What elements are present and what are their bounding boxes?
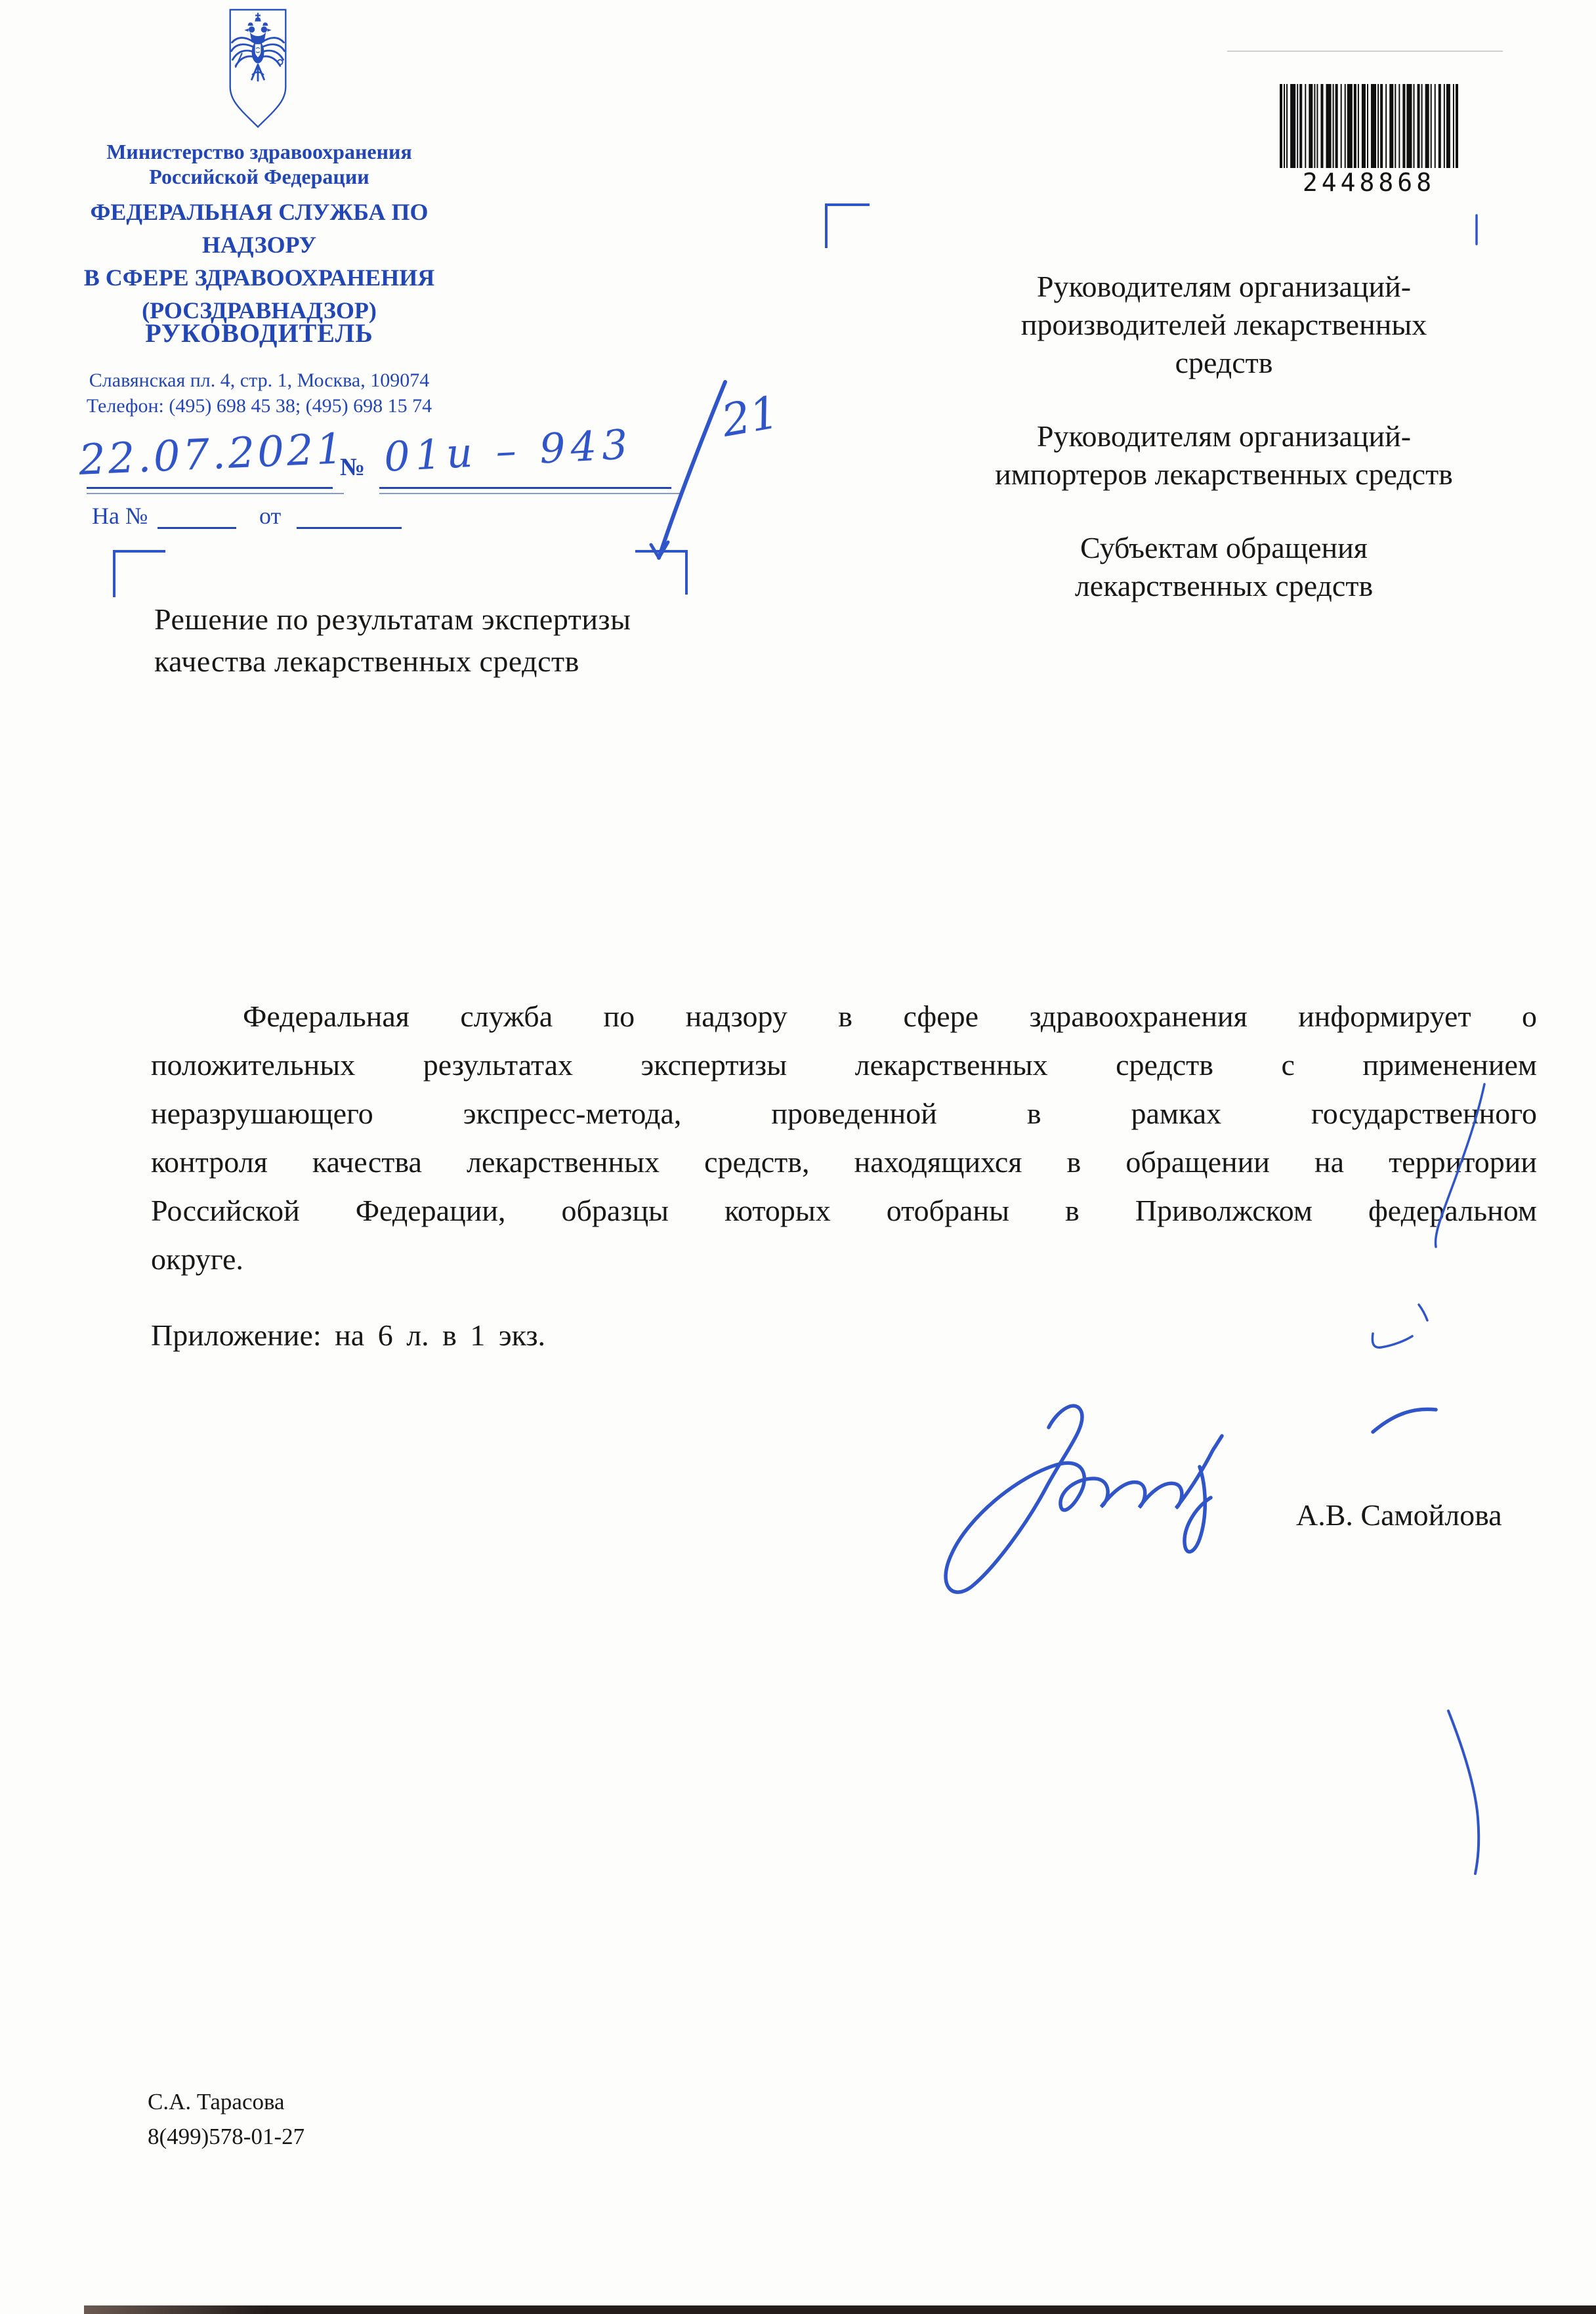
executor-name: С.А. Тарасова bbox=[148, 2084, 304, 2119]
document-page: Министерство здравоохранения Российской … bbox=[0, 0, 1596, 2314]
executor-phone: 8(499)578-01-27 bbox=[148, 2119, 304, 2154]
executor-contact: С.А. Тарасова 8(499)578-01-27 bbox=[148, 2084, 304, 2154]
pen-marks-overlay bbox=[0, 0, 1596, 2314]
scan-edge-strip bbox=[84, 2305, 1596, 2314]
